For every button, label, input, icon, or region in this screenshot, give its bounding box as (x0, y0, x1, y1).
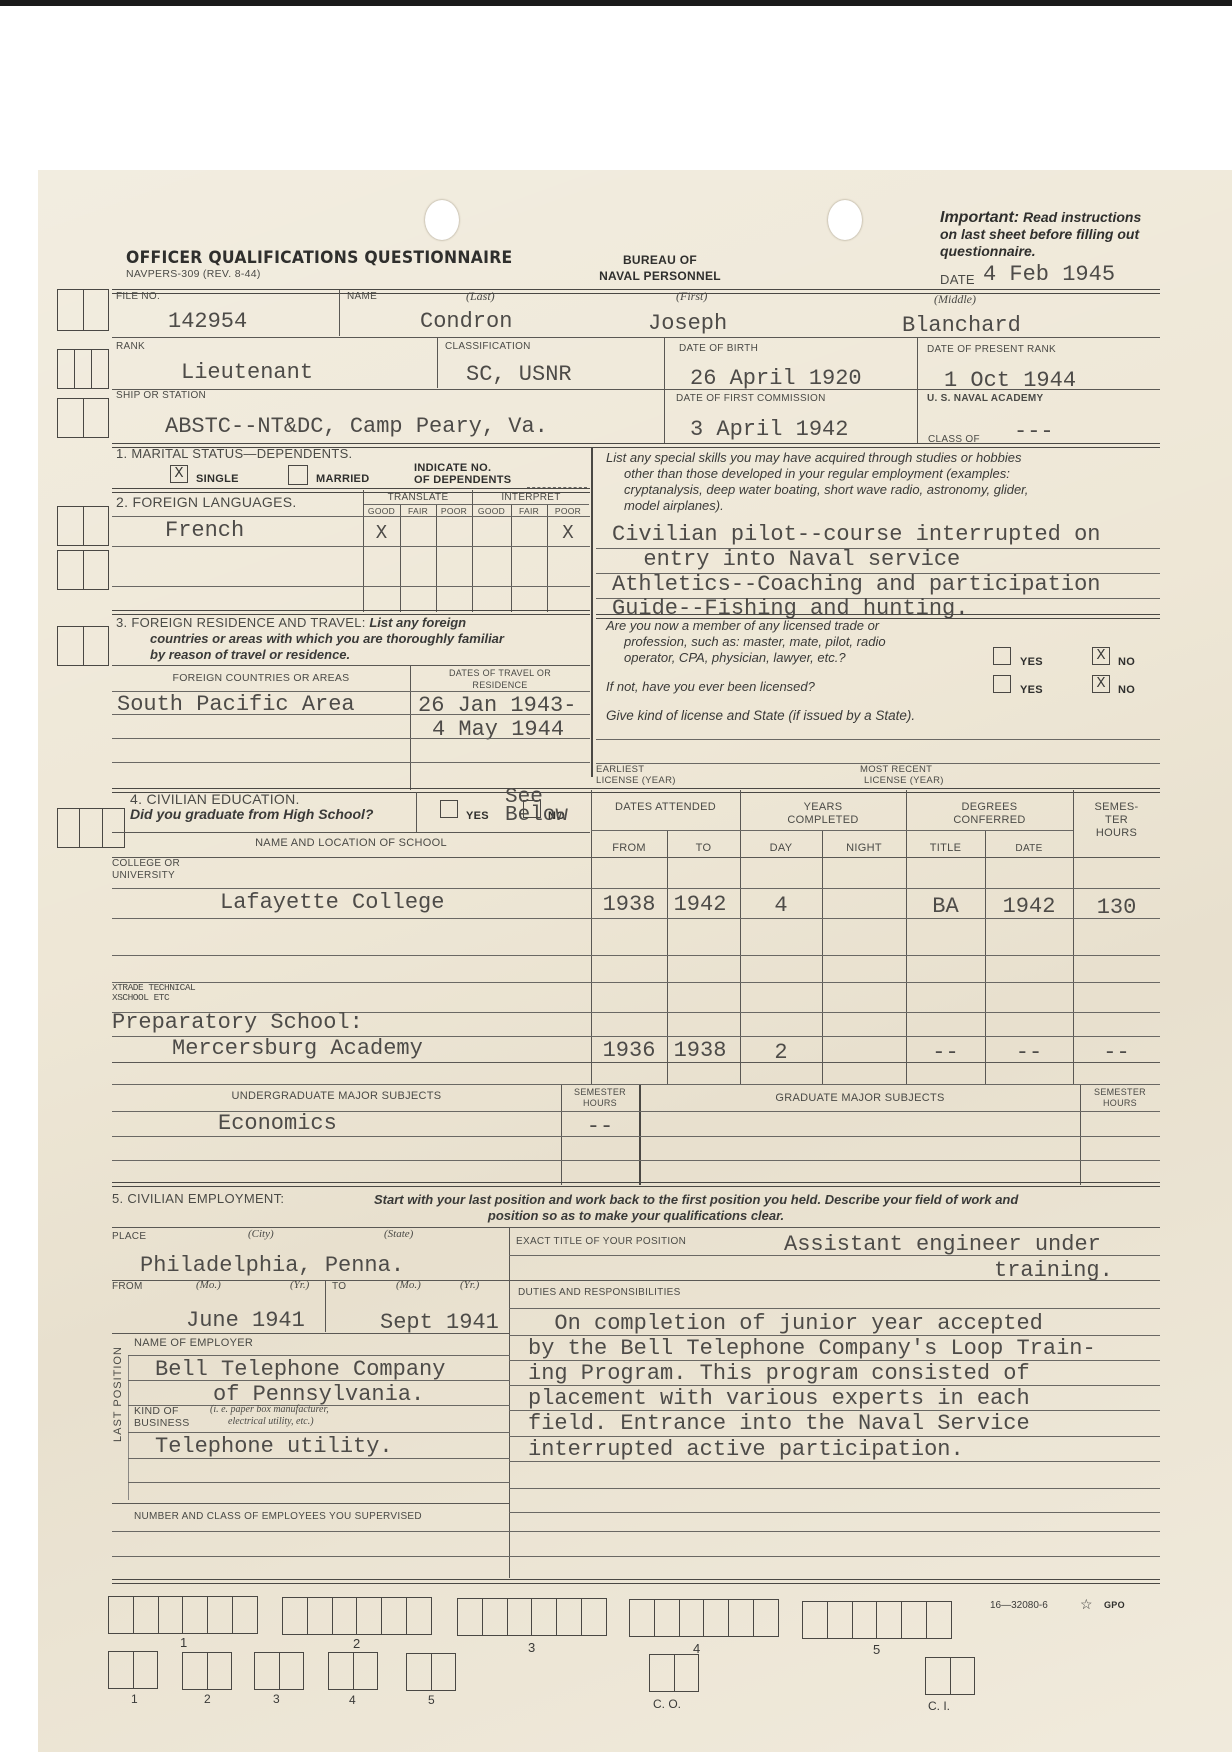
business-kind-label-line: BUSINESS (134, 1417, 190, 1429)
grad-major-header: GRADUATE MAJOR SUBJECTS (640, 1092, 1080, 1104)
important-text-3: questionnaire. (940, 243, 1036, 259)
divider (112, 665, 590, 666)
city-label: (City) (248, 1228, 274, 1240)
interpret-poor-mark[interactable]: X (547, 522, 589, 544)
recent-license-label-line: LICENSE (YEAR) (860, 775, 944, 786)
code-box-group-3-label: 3 (528, 1640, 535, 1655)
margin-code-box[interactable] (57, 398, 109, 438)
duties-line-1[interactable]: On completion of junior year accepted (528, 1311, 1043, 1336)
undergrad-major-header: UNDERGRADUATE MAJOR SUBJECTS (112, 1090, 561, 1102)
to-month-label: (Mo.) (396, 1279, 421, 1291)
middle-name-value[interactable]: Blanchard (902, 313, 1021, 338)
from-month-label: (Mo.) (196, 1279, 221, 1291)
hs-yes-label: YES (466, 810, 489, 822)
divider (112, 337, 1160, 338)
divider (112, 1556, 1160, 1557)
divider (437, 338, 438, 388)
punch-hole-right (828, 200, 862, 240)
travel-heading-italic: List any foreign (369, 615, 466, 630)
earliest-license-label-line: EARLIEST (596, 764, 676, 775)
header-rule (112, 289, 1160, 294)
college-hours[interactable]: 130 (1073, 895, 1160, 920)
business-kind-hint: (i. e. paper box manufacturer, electrica… (210, 1404, 329, 1428)
code-box-group-5[interactable] (802, 1601, 952, 1639)
license-kind-field[interactable] (596, 739, 1160, 740)
code-box-group-5-label: 5 (873, 1642, 880, 1657)
class-of-value[interactable]: --- (1014, 419, 1054, 444)
license-q1-line: Are you now a member of any licensed tra… (606, 618, 886, 634)
code-box-group-2-label: 2 (353, 1636, 360, 1651)
license-q1-line: profession, such as: master, mate, pilot… (606, 634, 886, 650)
prep-school-label[interactable]: Preparatory School: (112, 1010, 363, 1035)
single-label: SINGLE (196, 473, 239, 485)
single-checkbox[interactable]: X (170, 465, 188, 483)
employment-instruction-1: Start with your last position and work b… (374, 1192, 1018, 1207)
divider (128, 1355, 129, 1500)
middle-name-label: (Middle) (934, 292, 976, 307)
undergrad-subject[interactable]: Economics (218, 1111, 337, 1136)
form-number: NAVPERS-309 (REV. 8-44) (126, 268, 261, 280)
earliest-license-label-line: LICENSE (YEAR) (596, 775, 676, 786)
college-name[interactable]: Lafayette College (220, 890, 444, 915)
licensed-now-no-checkbox[interactable]: X (1092, 647, 1110, 665)
last-position-side-label: LAST POSITION (112, 1346, 124, 1442)
place-label: PLACE (112, 1231, 146, 1242)
punch-hole-left (425, 200, 459, 240)
small-code-box-5-label: 5 (428, 1693, 435, 1707)
college-from[interactable]: 1938 (591, 892, 667, 917)
last-name-label: (Last) (466, 289, 495, 304)
dob-value[interactable]: 26 April 1920 (690, 366, 862, 391)
col-translate-fair: FAIR (400, 506, 436, 516)
small-code-box-2-label: 2 (204, 1692, 211, 1706)
skills-line-2[interactable]: entry into Naval service (617, 547, 960, 572)
licensed-now-yes-checkbox[interactable] (993, 647, 1011, 665)
naval-academy-label: U. S. NAVAL ACADEMY (927, 393, 1043, 404)
college-day[interactable]: 4 (740, 893, 822, 918)
present-rank-label: DATE OF PRESENT RANK (927, 344, 1056, 355)
form-title: OFFICER QUALIFICATIONS QUESTIONNAIRE (126, 248, 512, 268)
no-label: NO (1118, 656, 1135, 668)
position-title-label: EXACT TITLE OF YOUR POSITION (516, 1236, 686, 1247)
important-note: Important: Read instructions on last she… (940, 209, 1141, 260)
to-date-value[interactable]: Sept 1941 (380, 1310, 499, 1335)
to-year-label: (Yr.) (460, 1279, 479, 1291)
position-title-value-1[interactable]: Assistant engineer under (784, 1232, 1101, 1257)
divider (112, 1333, 510, 1334)
married-checkbox[interactable] (288, 465, 308, 485)
dates-attended-header: DATES ATTENDED (591, 801, 740, 814)
small-code-box-2[interactable] (182, 1652, 232, 1690)
divider (400, 505, 401, 612)
license-question-1: Are you now a member of any licensed tra… (606, 618, 886, 666)
first-name-value[interactable]: Joseph (648, 311, 727, 336)
from-subheader: FROM (591, 842, 667, 854)
last-name-value[interactable]: Condron (420, 309, 512, 334)
from-date-value[interactable]: June 1941 (186, 1308, 305, 1333)
bureau-label: BUREAU OF (560, 253, 760, 267)
skills-prompt-line: cryptanalysis, deep water boating, short… (606, 482, 1028, 498)
place-value[interactable]: Philadelphia, Penna. (140, 1253, 404, 1278)
employment-heading: 5. CIVILIAN EMPLOYMENT: (112, 1191, 284, 1206)
margin-code-box[interactable] (57, 289, 109, 331)
divider (112, 762, 590, 763)
rank-value[interactable]: Lieutenant (181, 360, 313, 385)
travel-dates-header-line: RESIDENCE (410, 679, 590, 691)
translate-label: TRANSLATE (363, 492, 473, 503)
divider (112, 1182, 1160, 1187)
travel-heading: 3. FOREIGN RESIDENCE AND TRAVEL: List an… (116, 615, 504, 663)
skills-prompt-line: other than those developed in your regul… (606, 466, 1028, 482)
divider (591, 830, 1073, 831)
dependents-label: INDICATE NO. (414, 462, 491, 474)
col-translate-good: GOOD (363, 506, 400, 516)
grad-hours-header: SEMESTER HOURS (1080, 1087, 1160, 1109)
bureau-label-2: NAVAL PERSONNEL (560, 269, 760, 283)
license-question-3: Give kind of license and State (if issue… (606, 708, 915, 723)
divider (112, 389, 1160, 390)
divider (112, 832, 590, 833)
prep-to[interactable]: 1938 (667, 1038, 733, 1063)
scan-top-edge (0, 0, 1232, 6)
title-subheader: TITLE (906, 842, 985, 854)
trade-school-label: XTRADE TECHNICAL XSCHOOL ETC (112, 983, 195, 1003)
margin-code-box[interactable] (57, 349, 109, 389)
duties-line-6[interactable]: interrupted active participation. (528, 1437, 964, 1462)
divider (363, 504, 589, 505)
supervised-label: NUMBER AND CLASS OF EMPLOYEES YOU SUPERV… (134, 1511, 422, 1522)
col-interpret-poor: POOR (547, 506, 589, 516)
years-completed-header: YEARS COMPLETED (740, 801, 906, 827)
duties-line-2[interactable]: by the Bell Telephone Company's Loop Tra… (528, 1336, 1096, 1361)
divider (128, 1380, 510, 1381)
divider (416, 792, 417, 832)
divider (112, 1136, 1160, 1137)
first-commission-label: DATE OF FIRST COMMISSION (676, 393, 826, 404)
code-box-group-1[interactable] (108, 1596, 258, 1634)
divider (112, 516, 590, 517)
earliest-license-label: EARLIEST LICENSE (YEAR) (596, 764, 676, 786)
business-kind-value[interactable]: Telephone utility. (155, 1434, 393, 1459)
college-degree-title[interactable]: BA (906, 894, 985, 919)
duties-label: DUTIES AND RESPONSIBILITIES (518, 1287, 681, 1298)
hs-typed-note-2[interactable]: Below (505, 804, 568, 827)
employer-value-1[interactable]: Bell Telephone Company (155, 1357, 445, 1382)
divider (112, 1280, 1160, 1281)
college-label-line: COLLEGE OR (112, 858, 180, 870)
married-label: MARRIED (316, 473, 369, 485)
name-label: NAME (347, 291, 377, 302)
classification-label: CLASSIFICATION (445, 341, 531, 352)
dob-label: DATE OF BIRTH (679, 343, 758, 354)
divider (509, 1512, 1160, 1513)
divider (112, 918, 1160, 919)
divider (511, 505, 512, 612)
margin-code-box[interactable] (57, 550, 109, 590)
skills-prompt-line: List any special skills you may have acq… (606, 450, 1028, 466)
small-code-box-3[interactable] (254, 1652, 304, 1690)
divider (112, 955, 1160, 956)
business-kind-label-line: KIND OF (134, 1405, 190, 1417)
station-value[interactable]: ABSTC--NT&DC, Camp Peary, Va. (165, 414, 548, 439)
from-year-label: (Yr.) (290, 1279, 309, 1291)
classification-value[interactable]: SC, USNR (466, 362, 572, 387)
date-subheader: DATE (985, 843, 1073, 854)
print-code: 16—32080-6 (990, 1600, 1048, 1611)
yes-label: YES (1020, 656, 1043, 668)
to-subheader: TO (667, 842, 740, 854)
skills-prompt: List any special skills you may have acq… (606, 450, 1028, 514)
col-interpret-good: GOOD (472, 506, 511, 516)
translate-good-mark[interactable]: X (363, 522, 400, 544)
business-kind-label: KIND OF BUSINESS (134, 1405, 190, 1429)
first-name-label: (First) (676, 289, 707, 304)
duties-line-4[interactable]: placement with various experts in each (528, 1386, 1030, 1411)
margin-code-box[interactable] (57, 506, 109, 546)
undergrad-hours-header: SEMESTER HOURS (561, 1087, 639, 1109)
file-no-value[interactable]: 142954 (168, 309, 247, 334)
business-kind-hint-line: electrical utility, etc.) (210, 1416, 329, 1428)
travel-prompt-line: by reason of travel or residence. (116, 647, 504, 663)
travel-prompt-line: countries or areas with which you are th… (116, 631, 504, 647)
divider (128, 1458, 510, 1459)
divider (509, 1255, 1160, 1256)
date-label: DATE (940, 272, 975, 287)
divider (917, 338, 918, 443)
divider (112, 738, 590, 739)
countries-col-header: FOREIGN COUNTRIES OR AREAS (112, 672, 410, 684)
small-code-box-4[interactable] (328, 1652, 378, 1690)
divider (436, 505, 437, 612)
divider (112, 982, 1160, 983)
divider (112, 857, 1160, 858)
divider (112, 586, 590, 587)
divider (112, 1062, 1160, 1063)
divider (128, 1432, 510, 1433)
divider (112, 1084, 1160, 1085)
hs-question: Did you graduate from High School? (130, 806, 373, 822)
small-code-box-1-label: 1 (131, 1692, 138, 1706)
skills-line-3[interactable]: Athletics--Coaching and participation (612, 572, 1100, 597)
code-box-group-1-label: 1 (180, 1635, 187, 1650)
divider (128, 1482, 510, 1483)
semester-hours-header: SEMES- TER HOURS (1073, 801, 1160, 840)
state-label: (State) (384, 1228, 413, 1240)
divider (822, 830, 823, 1085)
gpo-label: GPO (1104, 1600, 1125, 1610)
ever-licensed-yes-checkbox[interactable] (993, 675, 1011, 693)
education-heading: 4. CIVILIAN EDUCATION. (130, 791, 300, 807)
license-q1-line: operator, CPA, physician, lawyer, etc.? (606, 650, 886, 666)
divider (509, 1461, 1160, 1462)
important-label: Important: (940, 209, 1019, 226)
trade-school-label-line: XSCHOOL ETC (112, 993, 195, 1003)
yes-label: YES (1020, 684, 1043, 696)
language-value[interactable]: French (165, 518, 244, 543)
marital-heading: 1. MARITAL STATUS—DEPENDENTS. (116, 446, 352, 461)
divider (509, 1308, 1160, 1309)
important-text-2: on last sheet before filling out (940, 226, 1139, 242)
recent-license-label: MOST RECENT LICENSE (YEAR) (860, 764, 944, 786)
interpret-label: INTERPRET (473, 492, 589, 503)
duties-line-5[interactable]: field. Entrance into the Naval Service (528, 1411, 1030, 1436)
travel-dates-col-header: DATES OF TRAVEL OR RESIDENCE (410, 667, 590, 691)
small-code-box-1[interactable] (108, 1651, 158, 1689)
college-label-line: UNIVERSITY (112, 870, 180, 882)
col-translate-poor: POOR (436, 506, 472, 516)
first-commission-value[interactable]: 3 April 1942 (690, 417, 848, 442)
divider (664, 338, 665, 443)
divider (112, 546, 590, 547)
school-name-col-header: NAME AND LOCATION OF SCHOOL (112, 837, 590, 849)
hs-yes-checkbox[interactable] (440, 800, 458, 818)
small-code-box-3-label: 3 (273, 1692, 280, 1706)
section-divider (591, 447, 593, 777)
license-question-2: If not, have you ever been licensed? (606, 679, 815, 694)
ci-label: C. I. (928, 1699, 950, 1713)
supervised-field[interactable] (112, 1531, 1160, 1532)
prep-from[interactable]: 1936 (591, 1038, 667, 1063)
day-subheader: DAY (740, 842, 822, 854)
code-box-group-2[interactable] (282, 1597, 432, 1635)
employer-label: NAME OF EMPLOYER (134, 1337, 253, 1349)
divider (112, 714, 590, 715)
skills-prompt-line: model airplanes). (606, 498, 1028, 514)
ci-code-box[interactable] (925, 1657, 975, 1695)
station-label: SHIP OR STATION (116, 390, 206, 401)
co-label: C. O. (653, 1697, 681, 1711)
dependents-label-2: OF DEPENDENTS (414, 474, 511, 486)
rank-label: RANK (116, 341, 145, 352)
date-value[interactable]: 4 Feb 1945 (983, 262, 1115, 287)
divider (509, 1488, 1160, 1489)
from-label: FROM (112, 1281, 143, 1292)
divider (112, 888, 1160, 889)
divider (325, 1280, 326, 1332)
college-to[interactable]: 1942 (667, 892, 733, 917)
divider (339, 290, 340, 336)
important-text-1: Read instructions (1023, 209, 1141, 225)
divider (128, 1355, 510, 1356)
recent-license-label-line: MOST RECENT (860, 764, 944, 775)
divider (112, 1503, 510, 1504)
file-no-label: FILE No. (116, 291, 160, 302)
business-kind-hint-line: (i. e. paper box manufacturer, (210, 1404, 329, 1416)
skills-line-1[interactable]: Civilian pilot--course interrupted on (612, 522, 1100, 547)
college-degree-date[interactable]: 1942 (985, 894, 1073, 919)
travel-heading-label: 3. FOREIGN RESIDENCE AND TRAVEL: (116, 615, 366, 630)
to-label: TO (332, 1281, 346, 1292)
employment-instruction-2: position so as to make your qualificatio… (112, 1208, 1160, 1223)
small-code-box-5[interactable] (406, 1653, 456, 1691)
languages-heading: 2. FOREIGN LANGUAGES. (116, 494, 297, 510)
small-code-box-4-label: 4 (349, 1693, 356, 1707)
degrees-conferred-header: DEGREES CONFERRED (906, 801, 1073, 827)
no-label: NO (1118, 684, 1135, 696)
college-label: COLLEGE OR UNIVERSITY (112, 858, 180, 882)
margin-code-box[interactable] (57, 626, 109, 666)
code-box-group-4[interactable] (629, 1599, 779, 1637)
divider (112, 1160, 1160, 1161)
divider (112, 1579, 1160, 1584)
night-subheader: NIGHT (822, 842, 906, 854)
code-box-group-3[interactable] (457, 1598, 607, 1636)
travel-dates-header-line: DATES OF TRAVEL OR (410, 667, 590, 679)
ever-licensed-no-checkbox[interactable]: X (1092, 675, 1110, 693)
star-icon: ☆ (1080, 1596, 1093, 1613)
duties-line-3[interactable]: ing Program. This program consisted of (528, 1361, 1030, 1386)
co-code-box[interactable] (649, 1654, 699, 1692)
prep-school-name[interactable]: Mercersburg Academy (172, 1036, 423, 1061)
col-interpret-fair: FAIR (511, 506, 547, 516)
